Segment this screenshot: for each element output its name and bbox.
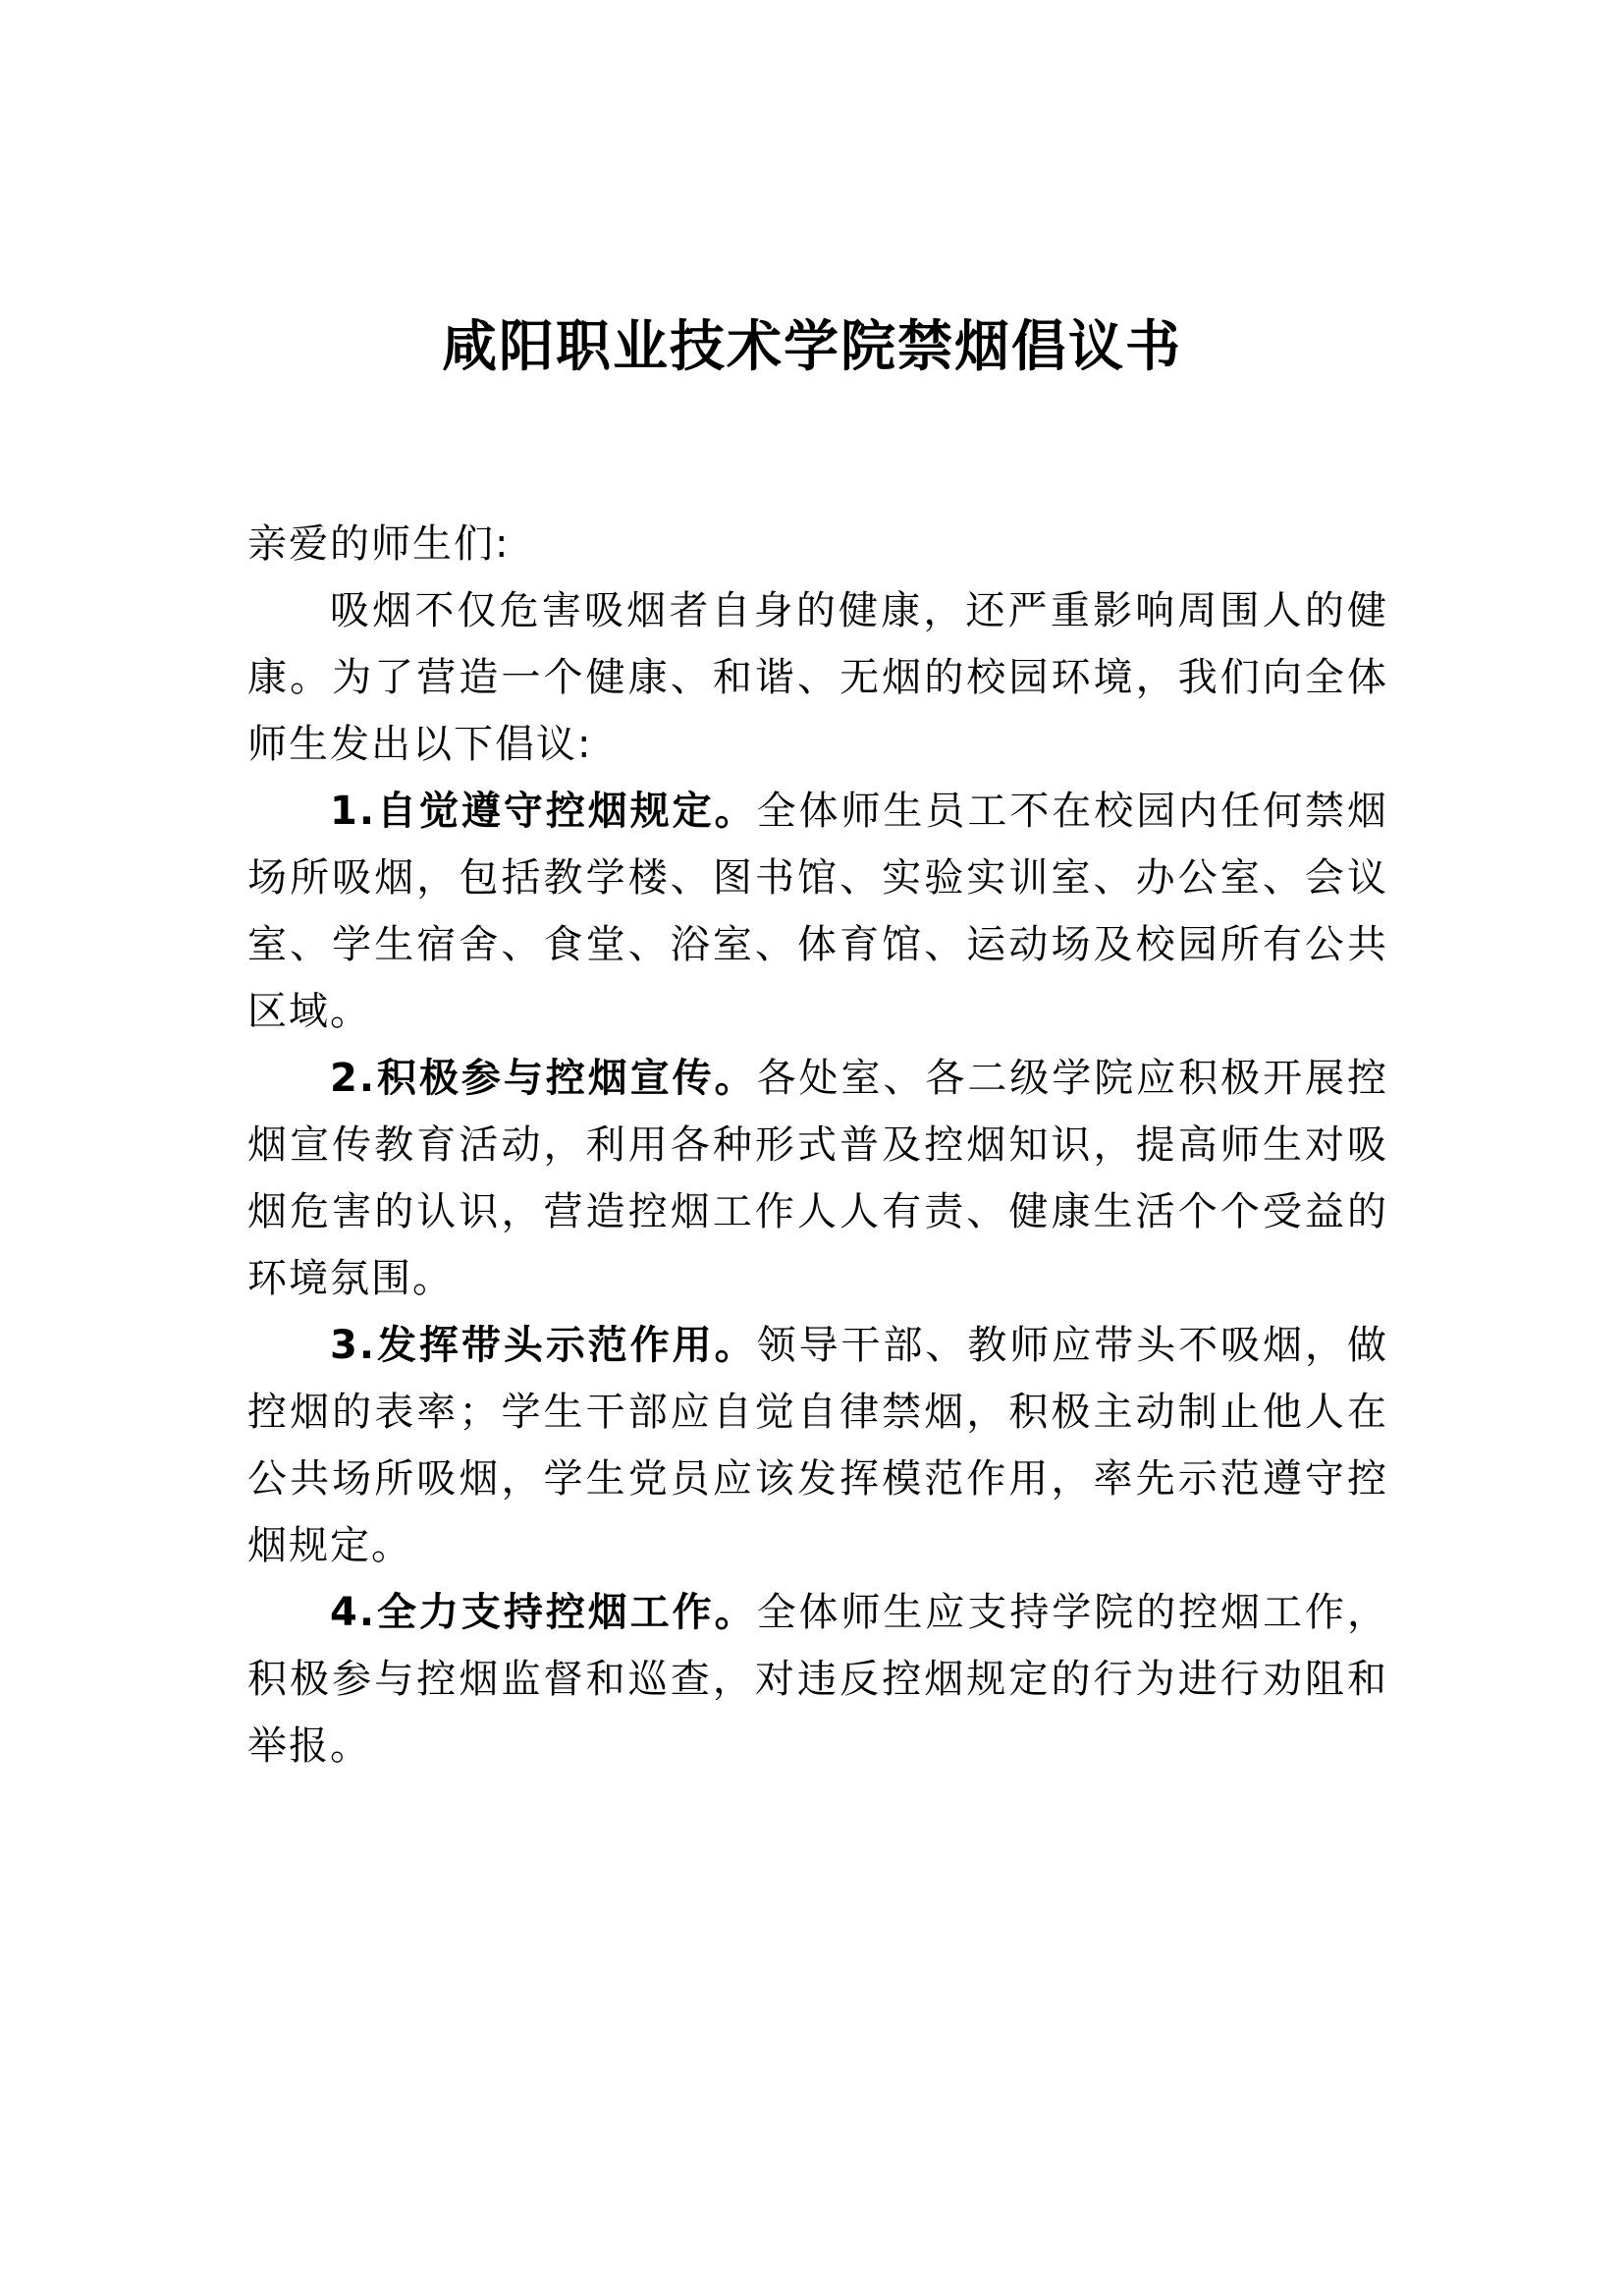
intro-paragraph: 吸烟不仅危害吸烟者自身的健康，还严重影响周围人的健康。为了营造一个健康、和谐、无… bbox=[247, 577, 1388, 778]
proposal-item-4: 4.全力支持控烟工作。全体师生应支持学院的控烟工作，积极参与控烟监督和巡查，对违… bbox=[247, 1579, 1388, 1779]
proposal-item-2-heading: 积极参与控烟宣传。 bbox=[376, 1056, 757, 1101]
proposal-item-2-number: 2. bbox=[330, 1056, 376, 1101]
proposal-item-2: 2.积极参与控烟宣传。各处室、各二级学院应积极开展控烟宣传教育活动，利用各种形式… bbox=[247, 1045, 1388, 1312]
proposal-item-3-number: 3. bbox=[330, 1323, 376, 1368]
document-page: 咸阳职业技术学院禁烟倡议书 亲爱的师生们: 吸烟不仅危害吸烟者自身的健康，还严重… bbox=[0, 0, 1624, 2296]
proposal-item-1: 1.自觉遵守控烟规定。全体师生员工不在校园内任何禁烟场所吸烟，包括教学楼、图书馆… bbox=[247, 778, 1388, 1045]
proposal-item-3-heading: 发挥带头示范作用。 bbox=[376, 1323, 757, 1368]
document-body: 亲爱的师生们: 吸烟不仅危害吸烟者自身的健康，还严重影响周围人的健康。为了营造一… bbox=[247, 511, 1388, 1779]
proposal-item-1-number: 1. bbox=[330, 789, 376, 834]
proposal-item-4-heading: 全力支持控烟工作。 bbox=[376, 1590, 757, 1635]
document-title: 咸阳职业技术学院禁烟倡议书 bbox=[0, 312, 1624, 381]
proposal-item-3: 3.发挥带头示范作用。领导干部、教师应带头不吸烟，做控烟的表率；学生干部应自觉自… bbox=[247, 1312, 1388, 1579]
proposal-item-1-heading: 自觉遵守控烟规定。 bbox=[376, 789, 757, 834]
proposal-item-4-number: 4. bbox=[330, 1590, 376, 1635]
salutation: 亲爱的师生们: bbox=[247, 511, 1388, 577]
